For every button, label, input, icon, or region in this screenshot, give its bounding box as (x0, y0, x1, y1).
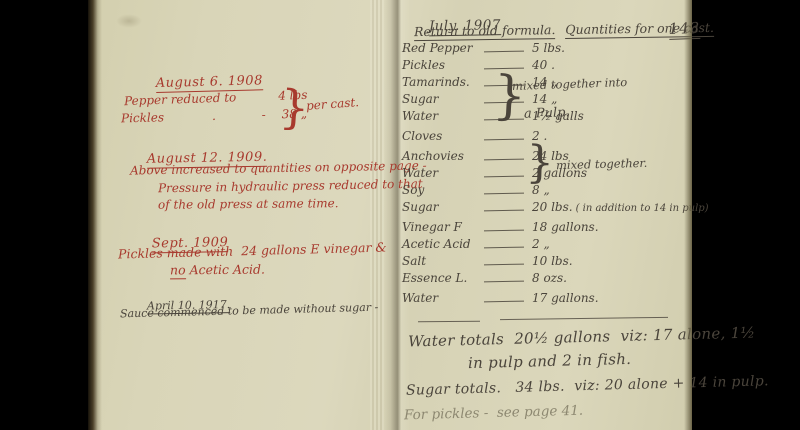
water-totals-line1: Water totals 20½ gallons viz: 17 alone, … (408, 323, 756, 350)
ingredient-note: ( in addition to 14 in pulp) (576, 203, 709, 214)
heading-return-old-formula: Return to old formula. (414, 22, 556, 41)
ingredient-value: 2 „ (532, 237, 550, 251)
per-cast-note: per cast. (306, 95, 360, 113)
totals-divider-right (500, 317, 668, 320)
ingredient-value: 40 . (532, 58, 555, 72)
table-row: Salt10 lbs. (402, 254, 680, 271)
water-totals-line2: in pulp and 2 in fish. (468, 350, 632, 372)
pickles-reduced-line: Pickles. -38 „ (121, 107, 307, 126)
pickles-label: Pickles (121, 110, 164, 125)
ledger-dash (482, 166, 532, 183)
fish-annotation: mixed together. (556, 156, 648, 172)
pickles-value: 38 „ (281, 107, 307, 122)
ingredient-name: Water (402, 166, 482, 180)
pickles-dots: . - (212, 108, 266, 123)
ledger-dash (482, 58, 532, 75)
ingredient-name: Soy (402, 183, 482, 197)
no-word: no (170, 262, 186, 279)
ingredient-value: 8 „ (532, 183, 550, 197)
table-row: Red Pepper5 lbs. (402, 41, 680, 58)
ingredient-name: Sugar (402, 200, 482, 214)
left-page-edge (370, 0, 384, 430)
ingredient-value: 8 ozs. (532, 271, 567, 285)
table-row: Soy8 „ (402, 183, 680, 200)
ledger-dash (482, 237, 532, 254)
ingredient-value: 14 „ (532, 92, 557, 106)
pepper-value: 4 lbs (278, 88, 308, 103)
increase-note-line3: of the old press at same time. (158, 196, 339, 212)
paper-smudge (116, 14, 142, 28)
pulp-annotation-2: a Pulp. (524, 105, 570, 122)
notebook: August 6. 1908 Pepper reduced to4 lbs Pi… (88, 0, 692, 430)
pickles-reference-line: For pickles - see page 41. (404, 403, 584, 424)
no-acetic-line: no Acetic Acid. (170, 262, 265, 278)
ingredient-name: Salt (402, 254, 482, 268)
ingredient-name: Tamarinds. (402, 75, 482, 89)
ingredient-name: Red Pepper (402, 41, 482, 55)
ingredient-name: Cloves (402, 129, 482, 143)
ledger-dash (482, 149, 532, 166)
table-row: Water17 gallons. (402, 291, 680, 308)
ingredient-name: Acetic Acid (402, 237, 482, 251)
table-row: Sugar20 lbs.( in addition to 14 in pulp) (402, 200, 680, 217)
ingredient-name: Water (402, 291, 482, 305)
ingredient-value: 5 lbs. (532, 41, 565, 55)
ledger-heading: Return to old formula.Quantities for one… (414, 20, 714, 39)
ingredient-name: Pickles (402, 58, 482, 72)
scanned-notebook-photo: { "colors": { "red_ink":"#a83a2e", "dark… (0, 0, 800, 430)
table-row: Acetic Acid2 „ (402, 237, 680, 254)
ingredient-value: 20 lbs. (532, 200, 573, 214)
ledger-dash (482, 271, 532, 288)
acetic-rest: Acetic Acid. (186, 262, 266, 278)
pepper-label: Pepper reduced to (124, 90, 237, 108)
table-row: Essence L.8 ozs. (402, 271, 680, 288)
ledger-dash (482, 129, 532, 146)
ledger-dash (482, 183, 532, 200)
ledger-dash (482, 41, 532, 58)
table-row: Pickles40 . (402, 58, 680, 75)
totals-divider-left (418, 321, 480, 323)
ingredient-name: Anchovies (402, 149, 482, 163)
ingredient-value: 17 gallons. (532, 291, 599, 305)
table-row: Cloves2 . (402, 129, 680, 146)
ingredient-name: Sugar (402, 92, 482, 106)
ledger-dash (482, 200, 532, 217)
ingredient-name: Essence L. (402, 271, 482, 285)
ledger-dash (482, 254, 532, 271)
ingredient-value: 2 . (532, 129, 547, 143)
table-row: Vinegar F18 gallons. (402, 220, 680, 237)
ingredient-value: 18 gallons. (532, 220, 599, 234)
ingredient-name: Vinegar F (402, 220, 482, 234)
ingredient-name: Water (402, 109, 482, 123)
sugar-totals-line: Sugar totals. 34 lbs. viz: 20 alone + 14… (406, 373, 769, 398)
ingredient-value: 10 lbs. (532, 254, 573, 268)
heading-quantities: Quantities for one cast. (565, 20, 714, 39)
ledger-dash (482, 291, 532, 308)
ledger-dash (482, 220, 532, 237)
